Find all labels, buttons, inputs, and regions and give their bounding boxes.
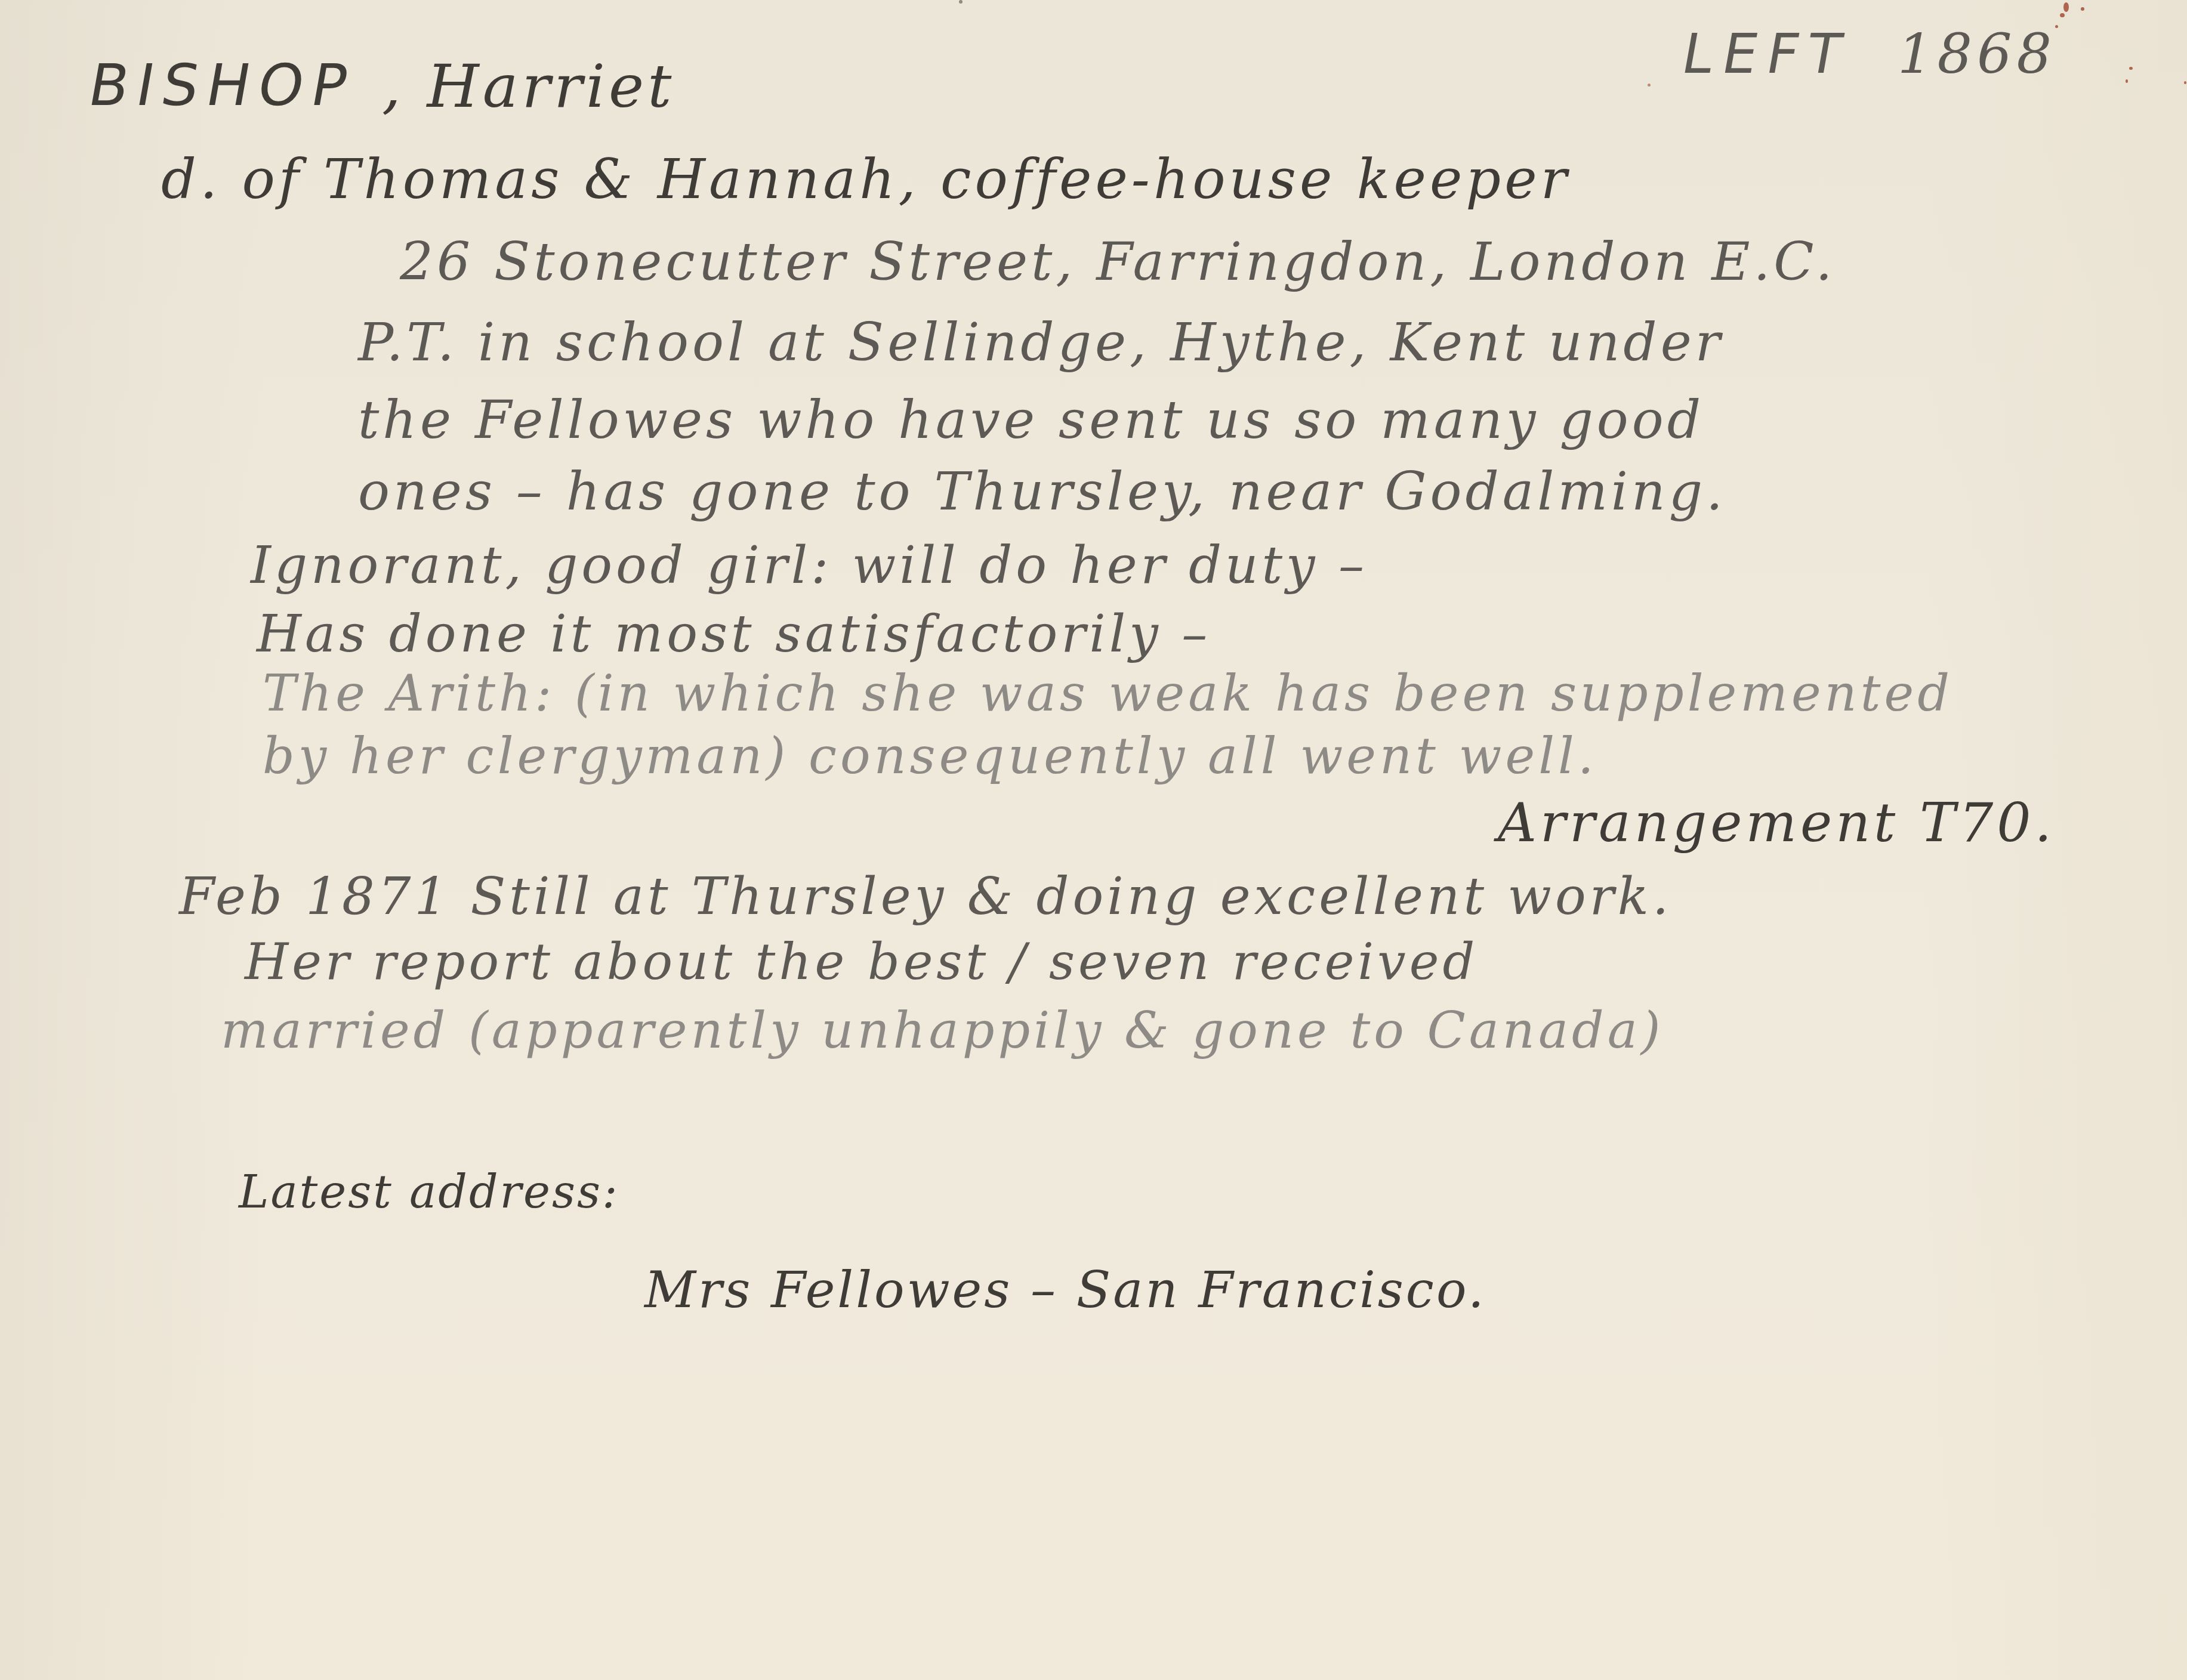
surname: BISHOP xyxy=(85,57,360,114)
entry-line-arithmetic: The Arith: (in which she was weak has be… xyxy=(263,668,1953,718)
ink-stain-speck xyxy=(2184,81,2186,84)
status-year: 1868 xyxy=(1898,27,2056,82)
entry-line-outcome: by her clergyman) consequently all went … xyxy=(263,731,1597,781)
entry-line-school: P.T. in school at Sellindge, Hythe, Kent… xyxy=(358,316,1724,369)
entry-line-performance: Has done it most satisfactorily – xyxy=(257,609,1211,660)
entry-line-posting: ones – has gone to Thursley, near Godalm… xyxy=(358,465,1726,518)
entry-line-marriage: married (apparently unhappily & gone to … xyxy=(221,1005,1664,1055)
record-card: BISHOP , Harriet LEFT 1868 d. of Thomas … xyxy=(0,0,2187,1680)
ink-stain-speck xyxy=(2063,2,2069,12)
latest-address-value: Mrs Fellowes – San Francisco. xyxy=(644,1265,1486,1315)
entry-line-character: Ignorant, good girl: will do her duty – xyxy=(251,540,1368,591)
entry-line-arrangement: Arrangement T70. xyxy=(1498,796,2055,850)
ink-stain-speck xyxy=(2081,7,2084,11)
ink-stain-speck xyxy=(2129,67,2133,70)
ink-stain-speck xyxy=(2060,13,2065,17)
entry-line-home-address: 26 Stonecutter Street, Farringdon, Londo… xyxy=(400,236,1836,288)
ink-stain-speck xyxy=(2126,79,2128,83)
forename: , Harriet xyxy=(382,57,675,116)
ink-stain-speck xyxy=(1648,84,1651,87)
ink-stain-speck xyxy=(2055,25,2058,28)
status-label: LEFT xyxy=(1678,27,1855,82)
entry-line-report: Her report about the best / seven receiv… xyxy=(245,937,1478,987)
entry-line-sponsors: the Fellowes who have sent us so many go… xyxy=(358,394,1704,446)
entry-line-followup: Feb 1871 Still at Thursley & doing excel… xyxy=(179,871,1672,922)
ink-stain-speck xyxy=(959,0,963,4)
entry-line-parentage: d. of Thomas & Hannah, coffee-house keep… xyxy=(161,152,1571,207)
latest-address-label: Latest address: xyxy=(239,1169,619,1215)
